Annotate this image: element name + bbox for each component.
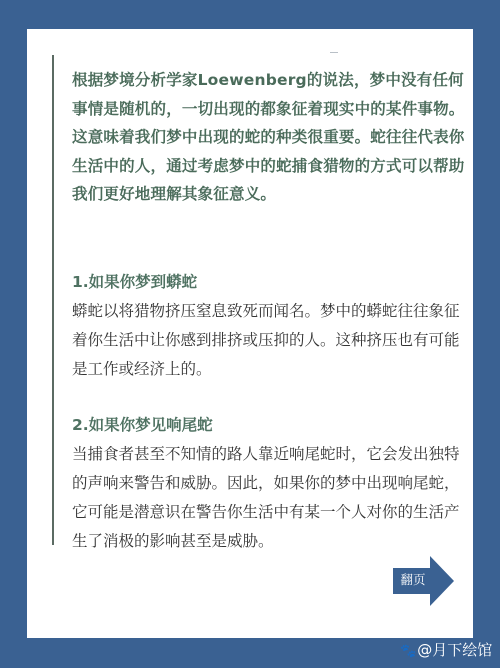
decorative-dash bbox=[330, 52, 338, 53]
watermark: 🐾@月下绘馆 bbox=[400, 640, 492, 662]
section-heading: 2.如果你梦见响尾蛇 bbox=[72, 414, 467, 436]
intro-paragraph: 根据梦境分析学家Loewenberg的说法，梦中没有任何事情是随机的，一切出现的… bbox=[72, 66, 467, 209]
next-page-label: 翻页 bbox=[396, 571, 430, 589]
section-heading: 1.如果你梦到蟒蛇 bbox=[72, 271, 467, 293]
section-python: 1.如果你梦到蟒蛇 蟒蛇以将猎物挤压窒息致死而闻名。梦中的蟒蛇往往象征着你生活中… bbox=[72, 271, 467, 384]
section-rattlesnake: 2.如果你梦见响尾蛇 当捕食者甚至不知情的路人靠近响尾蛇时，它会发出独特的声响来… bbox=[72, 414, 467, 556]
left-accent-line bbox=[52, 55, 54, 545]
article: 根据梦境分析学家Loewenberg的说法，梦中没有任何事情是随机的，一切出现的… bbox=[72, 66, 467, 209]
content-panel: 根据梦境分析学家Loewenberg的说法，梦中没有任何事情是随机的，一切出现的… bbox=[27, 29, 473, 638]
watermark-text: @月下绘馆 bbox=[417, 641, 492, 659]
paw-icon: 🐾 bbox=[400, 644, 416, 659]
next-page-button[interactable]: 翻页 bbox=[366, 556, 454, 606]
section-body: 蟒蛇以将猎物挤压窒息致死而闻名。梦中的蟒蛇往往象征着你生活中让你感到排挤或压抑的… bbox=[72, 297, 467, 384]
section-body: 当捕食者甚至不知情的路人靠近响尾蛇时，它会发出独特的声响来警告和威胁。因此，如果… bbox=[72, 440, 467, 556]
